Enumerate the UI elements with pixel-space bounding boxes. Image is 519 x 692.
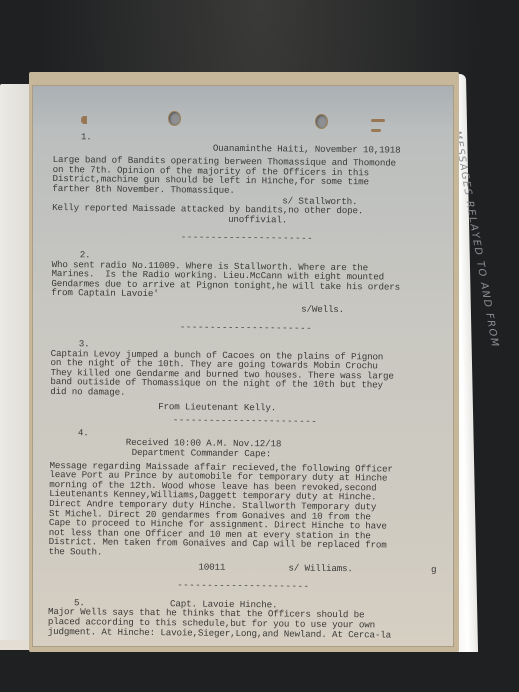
document-page: 1. Ouanaminthe Haiti, November 10,1918 L… (33, 86, 453, 646)
rust-mark (371, 119, 385, 122)
message-body-line: judgment. At Hinche: Lavoie,Sieger,Long,… (48, 627, 438, 641)
rust-mark (81, 116, 87, 124)
message-signature: s/ Williams. (278, 563, 352, 573)
typewritten-text: 1. Ouanaminthe Haiti, November 10,1918 L… (48, 132, 443, 640)
margin-mark: g (431, 565, 438, 575)
page-top-band (33, 86, 453, 126)
punch-hole-right (316, 115, 327, 128)
rust-mark (371, 129, 381, 132)
punch-hole-left (169, 112, 180, 125)
